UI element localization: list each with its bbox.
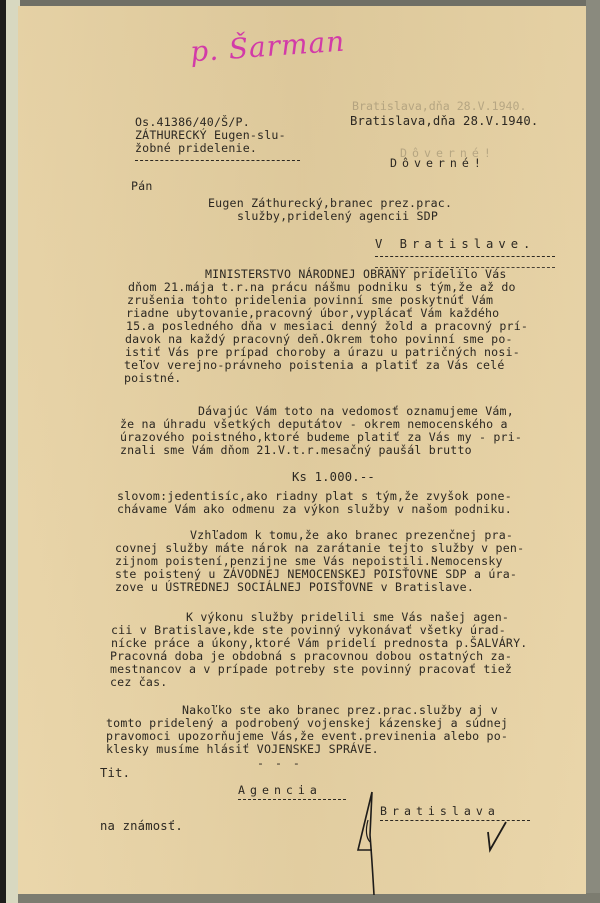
confidential-mark: Dôverné!: [390, 157, 486, 170]
para5-line-5: mestnancov a v prípade potreby ste povin…: [110, 663, 512, 676]
salutation: Pán: [131, 180, 153, 193]
signature-scribble-left: [350, 790, 390, 900]
amount: Ks 1.000.--: [292, 471, 375, 484]
scan-bottom-edge: [18, 893, 600, 903]
closing-note: na známosť.: [100, 820, 183, 833]
recipient-line-2: služby,pridelený agencii SDP: [237, 210, 438, 223]
reference-line-3: žobné pridelenie.: [135, 142, 257, 155]
signature-underline-left: [238, 799, 346, 800]
scan-right-edge: [586, 0, 600, 903]
para4-line-5: zove u ÚSTREDNEJ SOCIÁLNEJ POISŤOVNE v B…: [115, 581, 474, 594]
closing-tit: Tit.: [100, 767, 130, 780]
para5-line-6: cez čas.: [110, 676, 167, 689]
para6-line-4: klesky musíme hlásiť VOJENSKEJ SPRÁVE.: [106, 743, 379, 756]
separator: - - -: [257, 757, 302, 770]
para1-line-9: poistné.: [124, 372, 181, 385]
city-underline: [375, 256, 555, 257]
recipient-city: V Bratislave.: [375, 238, 535, 251]
signature-checkmark-right: [480, 820, 510, 860]
place-date: Bratislava,dňa 28.V.1940.: [350, 115, 538, 128]
para1-line-8: teľov verejno-právneho poistenia a plati…: [124, 359, 505, 372]
ghost-date: Bratislava,dňa 28.V.1940.: [352, 100, 527, 113]
para2-line-4: znali sme Vám dňom 21.V.t.r.mesačný pauš…: [120, 444, 472, 457]
signature-agency-right: Bratislava: [380, 805, 500, 818]
reference-underline: [135, 160, 300, 161]
para3-line-2: chávame Vám ako odmenu za výkon služby v…: [117, 503, 512, 516]
signature-agency-left: Agencia: [238, 784, 322, 797]
